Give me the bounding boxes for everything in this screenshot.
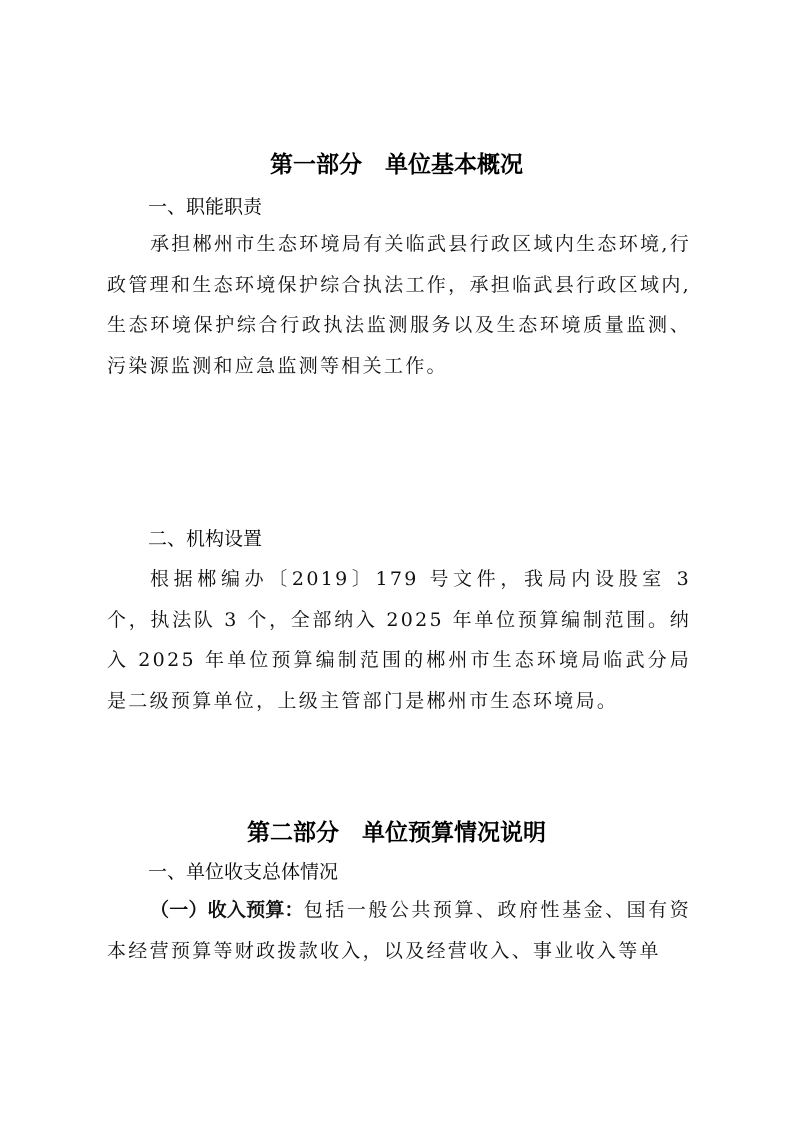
part2-section1-heading: 一、单位收支总体情况 [148, 857, 338, 884]
part1-section1-heading: 一、职能职责 [148, 192, 262, 219]
part1-section1-paragraph: 承担郴州市生态环境局有关临武县行政区域内生态环境,行政管理和生态环境保护综合执法… [107, 224, 691, 386]
part1-section2-heading: 二、机构设置 [148, 524, 262, 551]
document-page: 第一部分 单位基本概况 一、职能职责 承担郴州市生态环境局有关临武县行政区域内生… [0, 0, 793, 1122]
part2-title: 第二部分 单位预算情况说明 [0, 814, 793, 847]
part2-section1-paragraph: （一）收入预算：包括一般公共预算、政府性基金、国有资本经营预算等财政拨款收入，以… [107, 890, 691, 971]
part1-title: 第一部分 单位基本概况 [0, 146, 793, 179]
part1-section2-paragraph: 根据郴编办〔2019〕179 号文件，我局内设股室 3 个，执法队 3 个，全部… [107, 559, 691, 721]
income-budget-lead: （一）收入预算： [150, 899, 304, 921]
